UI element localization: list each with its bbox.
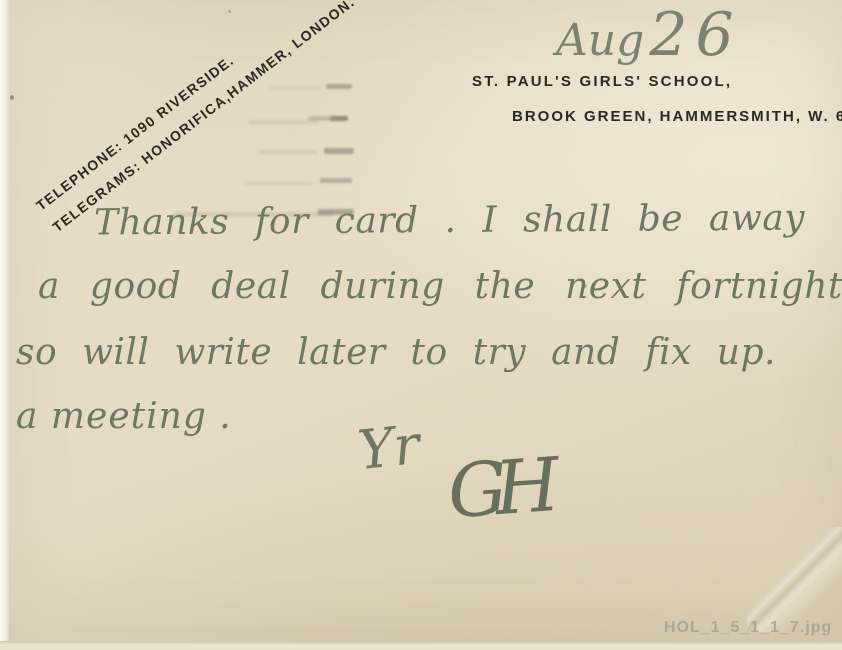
paper-speck bbox=[583, 284, 587, 288]
closing: Yr bbox=[355, 413, 423, 482]
school-name: ST. PAUL'S GIRLS' SCHOOL, bbox=[472, 73, 732, 90]
underlying-page-edge bbox=[0, 641, 842, 650]
message-line-2: a good deal during the next fortnight bbox=[38, 266, 842, 307]
filename-watermark: HOL_1_5_1_1_7.jpg bbox=[664, 619, 832, 637]
corner-crease bbox=[747, 527, 842, 632]
paper-speck bbox=[10, 95, 14, 100]
ink-smudge bbox=[243, 181, 313, 185]
paper-speck bbox=[228, 10, 231, 13]
ink-smudge bbox=[326, 84, 352, 89]
ink-smudge bbox=[270, 86, 322, 90]
ink-smudge bbox=[248, 120, 318, 124]
signature-initials: GH bbox=[445, 443, 550, 536]
handwritten-date: Aug 26 bbox=[556, 0, 742, 70]
ink-smudge bbox=[324, 148, 354, 154]
scan-background: TELEPHONE: 1090 RIVERSIDE. TELEGRAMS: HO… bbox=[0, 0, 842, 650]
message-line-3: so will write later to try and fix up. bbox=[16, 332, 776, 373]
message-line-4: a meeting . bbox=[16, 396, 232, 437]
school-address: BROOK GREEN, HAMMERSMITH, W. 6. bbox=[512, 108, 842, 125]
date-day: 26 bbox=[649, 0, 741, 70]
message-line-1: Thanks for card . I shall be away bbox=[94, 198, 805, 244]
ink-smudge bbox=[330, 116, 348, 121]
ink-smudge bbox=[320, 178, 352, 183]
ink-smudge bbox=[258, 150, 318, 154]
postcard: TELEPHONE: 1090 RIVERSIDE. TELEGRAMS: HO… bbox=[8, 0, 842, 643]
scan-edge-strip bbox=[0, 0, 9, 650]
date-month: Aug bbox=[556, 15, 644, 66]
